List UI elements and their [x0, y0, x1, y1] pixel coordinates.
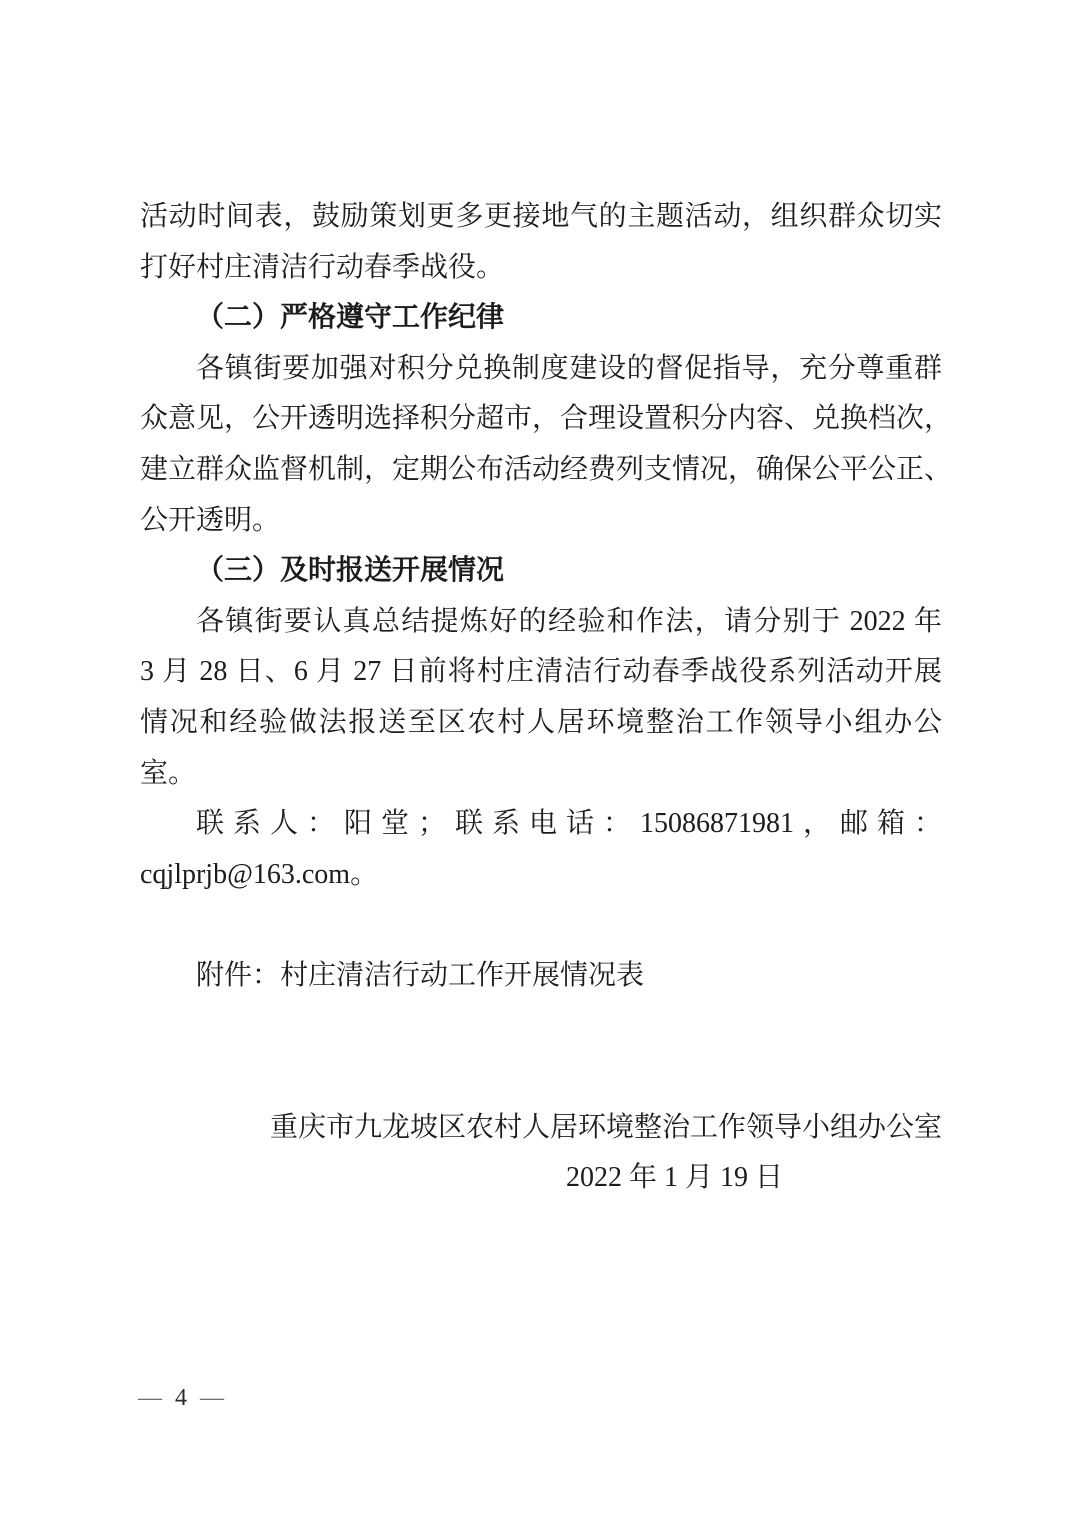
section-heading-2: （二）严格遵守工作纪律 [140, 293, 942, 344]
section-heading-3: （三）及时报送开展情况 [140, 546, 942, 597]
contact-email-line: cqjlprjb@163.com。 [140, 850, 942, 901]
body-line: 室。 [140, 749, 942, 800]
body-line: 各镇街要加强对积分兑换制度建设的督促指导，充分尊重群 [140, 344, 942, 395]
footer-dash-left: — [138, 1385, 162, 1411]
body-line: 活动时间表，鼓励策划更多更接地气的主题活动，组织群众切实 [140, 192, 942, 243]
body-line: 建立群众监督机制，定期公布活动经费列支情况，确保公平公正、 [140, 445, 942, 496]
page-footer: —4— [138, 1384, 224, 1412]
body-line: 众意见，公开透明选择积分超市，合理设置积分内容、兑换档次， [140, 394, 942, 445]
body-line: 公开透明。 [140, 496, 942, 547]
footer-dash-right: — [200, 1385, 224, 1411]
body-line: 各镇街要认真总结提炼好的经验和作法，请分别于 2022 年 [140, 597, 942, 648]
body-line: 3 月 28 日、6 月 27 日前将村庄清洁行动春季战役系列活动开展 [140, 647, 942, 698]
page-number: 4 [175, 1385, 187, 1411]
blank-line [140, 1002, 942, 1053]
signature-line: 重庆市九龙坡区农村人居环境整治工作领导小组办公室 [140, 1103, 942, 1154]
document-body: 活动时间表，鼓励策划更多更接地气的主题活动，组织群众切实 打好村庄清洁行动春季战… [140, 192, 942, 1204]
body-line: 打好村庄清洁行动春季战役。 [140, 243, 942, 294]
blank-line [140, 900, 942, 951]
contact-line: 联系人：阳堂；联系电话：15086871981，邮箱： [140, 799, 942, 850]
attachment-line: 附件：村庄清洁行动工作开展情况表 [140, 951, 942, 1002]
blank-line [140, 1052, 942, 1103]
date-line: 2022 年 1 月 19 日 [140, 1153, 942, 1204]
body-line: 情况和经验做法报送至区农村人居环境整治工作领导小组办公 [140, 698, 942, 749]
